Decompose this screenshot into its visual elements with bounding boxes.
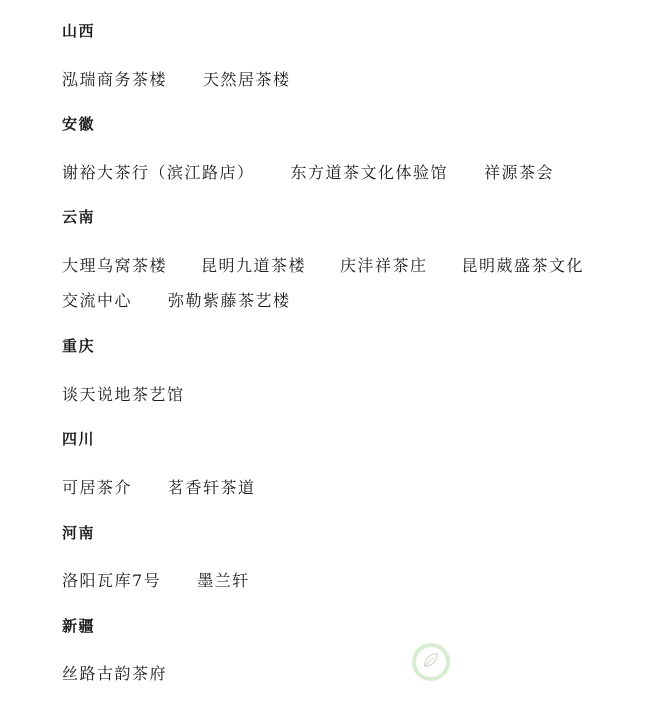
- shop-line: 洛阳瓦库7号墨兰轩: [62, 568, 286, 591]
- province-heading: 重庆: [62, 335, 95, 356]
- leaf-icon: [422, 651, 440, 673]
- shop-name: 天然居茶楼: [203, 67, 291, 90]
- shop-line: 泓瑞商务茶楼天然居茶楼: [62, 67, 327, 90]
- shop-name: 谈天说地茶艺馆: [62, 382, 185, 405]
- shop-line: 谈天说地茶艺馆: [62, 382, 221, 405]
- watermark-logo: [412, 643, 450, 681]
- shop-name: 墨兰轩: [197, 568, 250, 591]
- shop-name: 东方道茶文化体验馆: [291, 160, 449, 183]
- province-heading: 新疆: [62, 615, 95, 636]
- shop-name: 昆明九道茶楼: [201, 253, 306, 276]
- shop-name: 庆沣祥茶庄: [340, 253, 428, 276]
- shop-name: 谢裕大茶行（滨江路店）: [62, 160, 255, 183]
- shop-name: 茗香轩茶道: [168, 475, 256, 498]
- shop-name: 可居茶介: [62, 475, 132, 498]
- shop-name: 洛阳瓦库7号: [62, 568, 161, 591]
- province-heading: 河南: [62, 522, 95, 543]
- province-heading: 安徽: [62, 113, 95, 134]
- shop-name: 交流中心: [62, 288, 132, 311]
- shop-name: 大理乌窝茶楼: [62, 253, 167, 276]
- shop-line: 交流中心弥勒紫藤茶艺楼: [62, 288, 327, 311]
- shop-line: 谢裕大茶行（滨江路店）东方道茶文化体验馆祥源茶会: [62, 160, 590, 183]
- shop-name: 弥勒紫藤茶艺楼: [168, 288, 291, 311]
- shop-line: 大理乌窝茶楼昆明九道茶楼庆沣祥茶庄昆明葳盛茶文化: [62, 253, 584, 276]
- shop-name: 昆明葳盛茶文化: [462, 253, 585, 276]
- shop-name: 泓瑞商务茶楼: [62, 67, 167, 90]
- shop-line: 丝路古韵茶府: [62, 661, 203, 684]
- shop-line: 可居茶介茗香轩茶道: [62, 475, 292, 498]
- province-heading: 四川: [62, 428, 95, 449]
- province-heading: 山西: [62, 20, 95, 41]
- province-heading: 云南: [62, 206, 95, 227]
- shop-name: 祥源茶会: [484, 160, 554, 183]
- shop-name: 丝路古韵茶府: [62, 661, 167, 684]
